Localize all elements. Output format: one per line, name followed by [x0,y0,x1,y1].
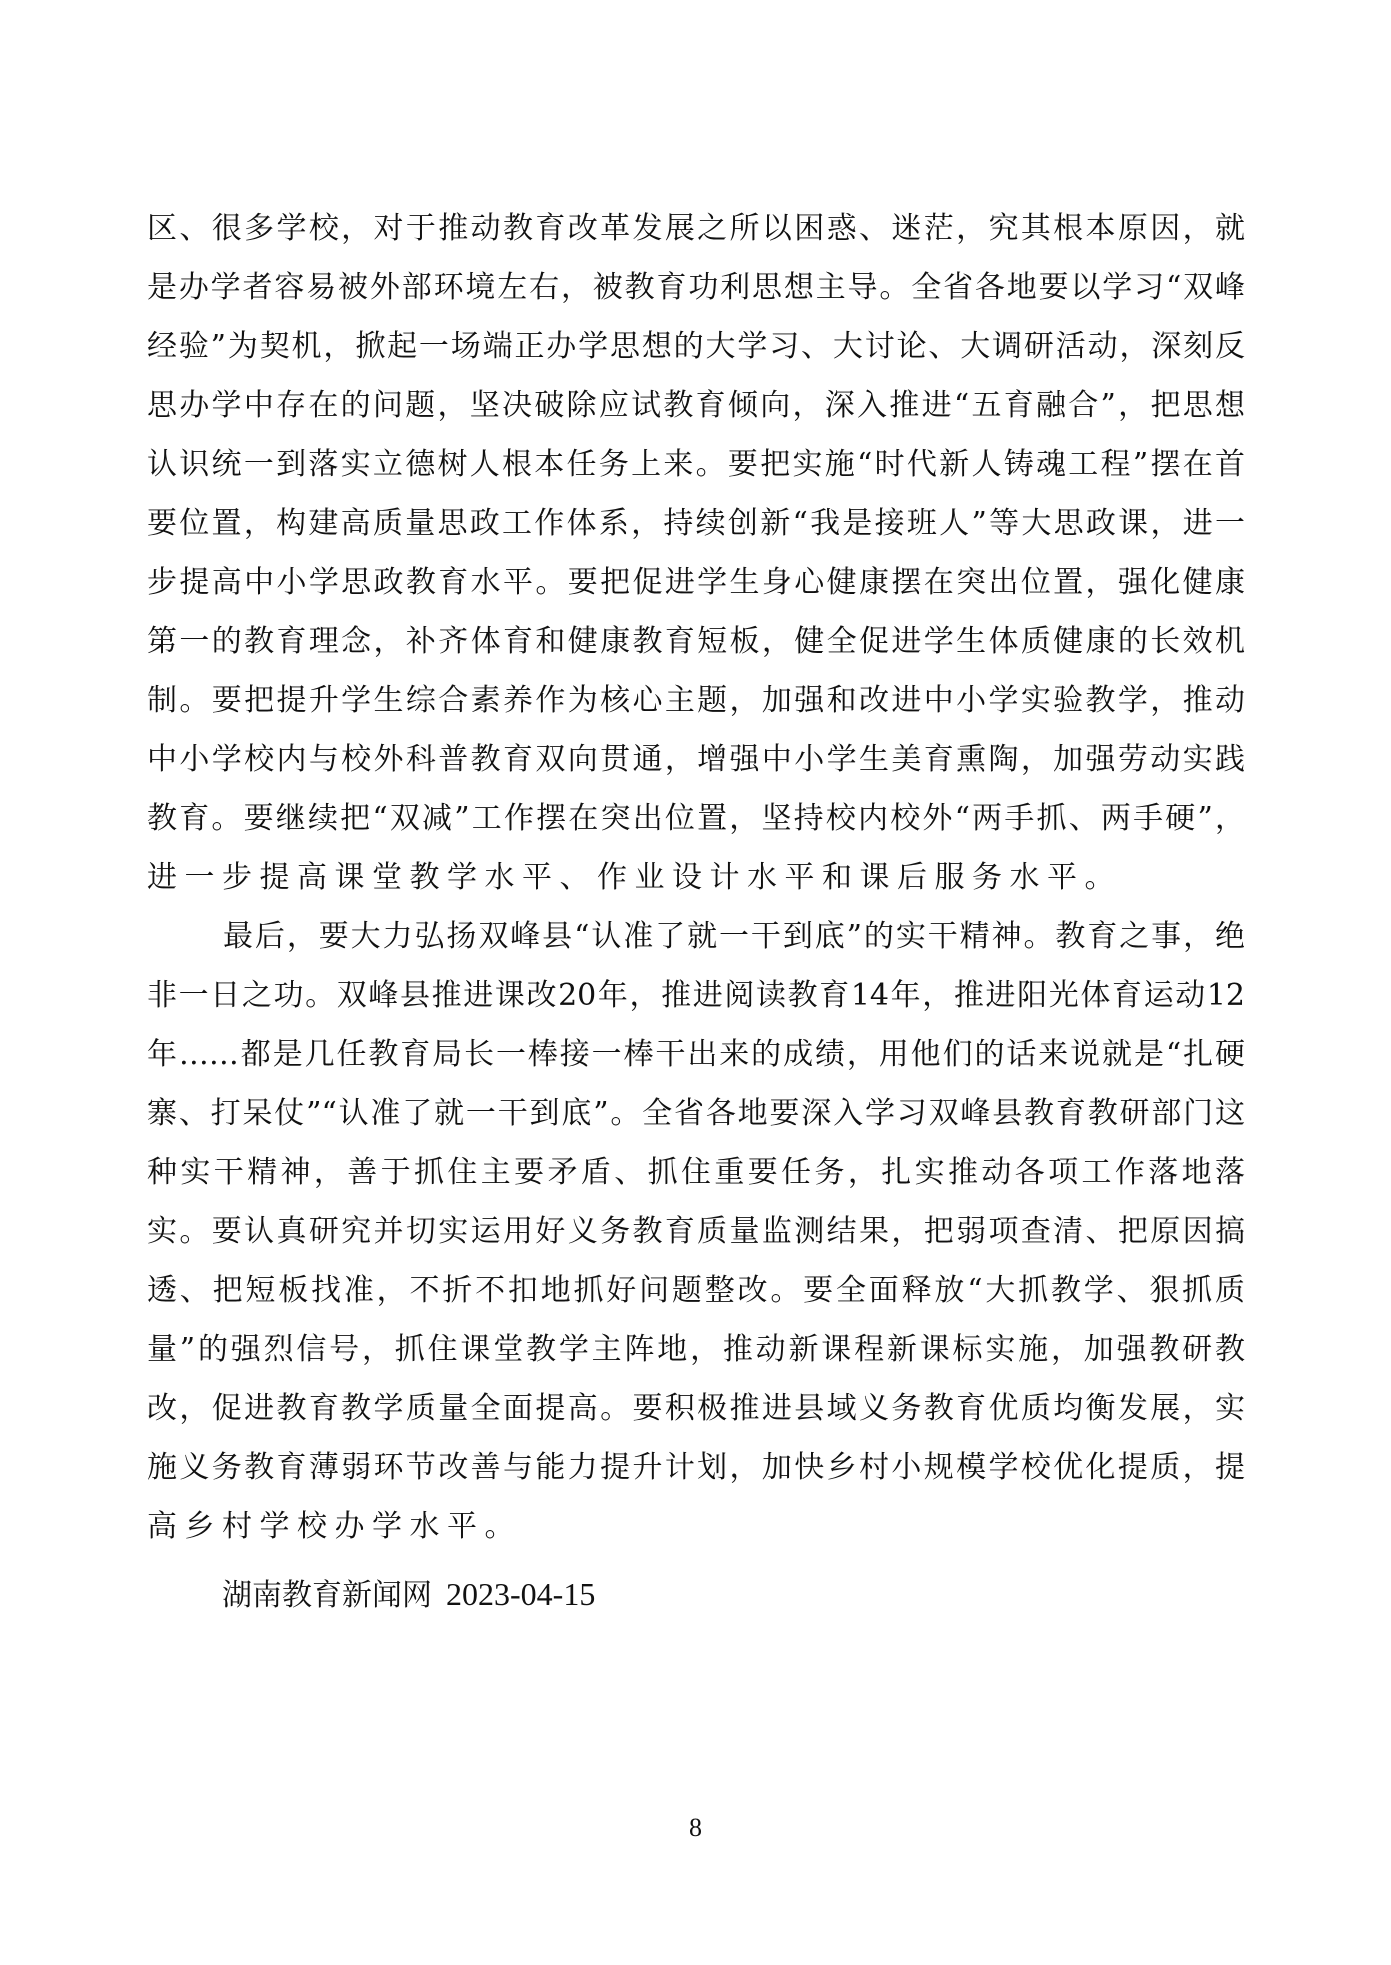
text-line: 实。要认真研究并切实运用好义务教育质量监测结果，把弱项查清、把原因搞 [147,1202,1245,1261]
text-line: 最后，要大力弘扬双峰县“认准了就一干到底”的实干精神。教育之事，绝 [147,907,1245,966]
source-date: 2023-04-15 [446,1576,595,1612]
text-line: 经验”为契机，掀起一场端正办学思想的大学习、大讨论、大调研活动，深刻反 [147,317,1245,376]
article-body: 区、很多学校，对于推动教育改革发展之所以困惑、迷茫，究其根本原因，就 是办学者容… [147,199,1245,1556]
text-line: 教育。要继续把“双减”工作摆在突出位置，坚持校内校外“两手抓、两手硬”， [147,789,1245,848]
text-line: 区、很多学校，对于推动教育改革发展之所以困惑、迷茫，究其根本原因，就 [147,199,1245,258]
text-line: 非一日之功。双峰县推进课改20年，推进阅读教育14年，推进阳光体育运动12 [147,966,1245,1025]
text-line: 中小学校内与校外科普教育双向贯通，增强中小学生美育熏陶，加强劳动实践 [147,730,1245,789]
text-line: 种实干精神，善于抓住主要矛盾、抓住重要任务，扎实推动各项工作落地落 [147,1143,1245,1202]
text-line: 改，促进教育教学质量全面提高。要积极推进县域义务教育优质均衡发展，实 [147,1379,1245,1438]
text-line: 年……都是几任教育局长一棒接一棒干出来的成绩，用他们的话来说就是“扎硬 [147,1025,1245,1084]
text-line: 进一步提高课堂教学水平、作业设计水平和课后服务水平。 [147,848,1245,907]
text-line: 步提高中小学思政教育水平。要把促进学生身心健康摆在突出位置，强化健康 [147,553,1245,612]
text-line: 认识统一到落实立德树人根本任务上来。要把实施“时代新人铸魂工程”摆在首 [147,435,1245,494]
article-source: 湖南教育新闻网2023-04-15 [222,1574,595,1616]
document-page: 区、很多学校，对于推动教育改革发展之所以困惑、迷茫，究其根本原因，就 是办学者容… [0,0,1391,1965]
source-name: 湖南教育新闻网 [222,1578,432,1613]
text-line: 第一的教育理念，补齐体育和健康教育短板，健全促进学生体质健康的长效机 [147,612,1245,671]
text-line: 高乡村学校办学水平。 [147,1497,1245,1556]
text-line: 制。要把提升学生综合素养作为核心主题，加强和改进中小学实验教学，推动 [147,671,1245,730]
text-line: 要位置，构建高质量思政工作体系，持续创新“我是接班人”等大思政课，进一 [147,494,1245,553]
text-line: 量”的强烈信号，抓住课堂教学主阵地，推动新课程新课标实施，加强教研教 [147,1320,1245,1379]
paragraph-2: 最后，要大力弘扬双峰县“认准了就一干到底”的实干精神。教育之事，绝 非一日之功。… [147,907,1245,1556]
page-number: 8 [0,1811,1391,1845]
text-line: 透、把短板找准，不折不扣地抓好问题整改。要全面释放“大抓教学、狠抓质 [147,1261,1245,1320]
paragraph-1: 区、很多学校，对于推动教育改革发展之所以困惑、迷茫，究其根本原因，就 是办学者容… [147,199,1245,907]
text-line: 是办学者容易被外部环境左右，被教育功利思想主导。全省各地要以学习“双峰 [147,258,1245,317]
text-line: 思办学中存在的问题，坚决破除应试教育倾向，深入推进“五育融合”，把思想 [147,376,1245,435]
text-line: 施义务教育薄弱环节改善与能力提升计划，加快乡村小规模学校优化提质，提 [147,1438,1245,1497]
text-line: 寨、打呆仗”“认准了就一干到底”。全省各地要深入学习双峰县教育教研部门这 [147,1084,1245,1143]
